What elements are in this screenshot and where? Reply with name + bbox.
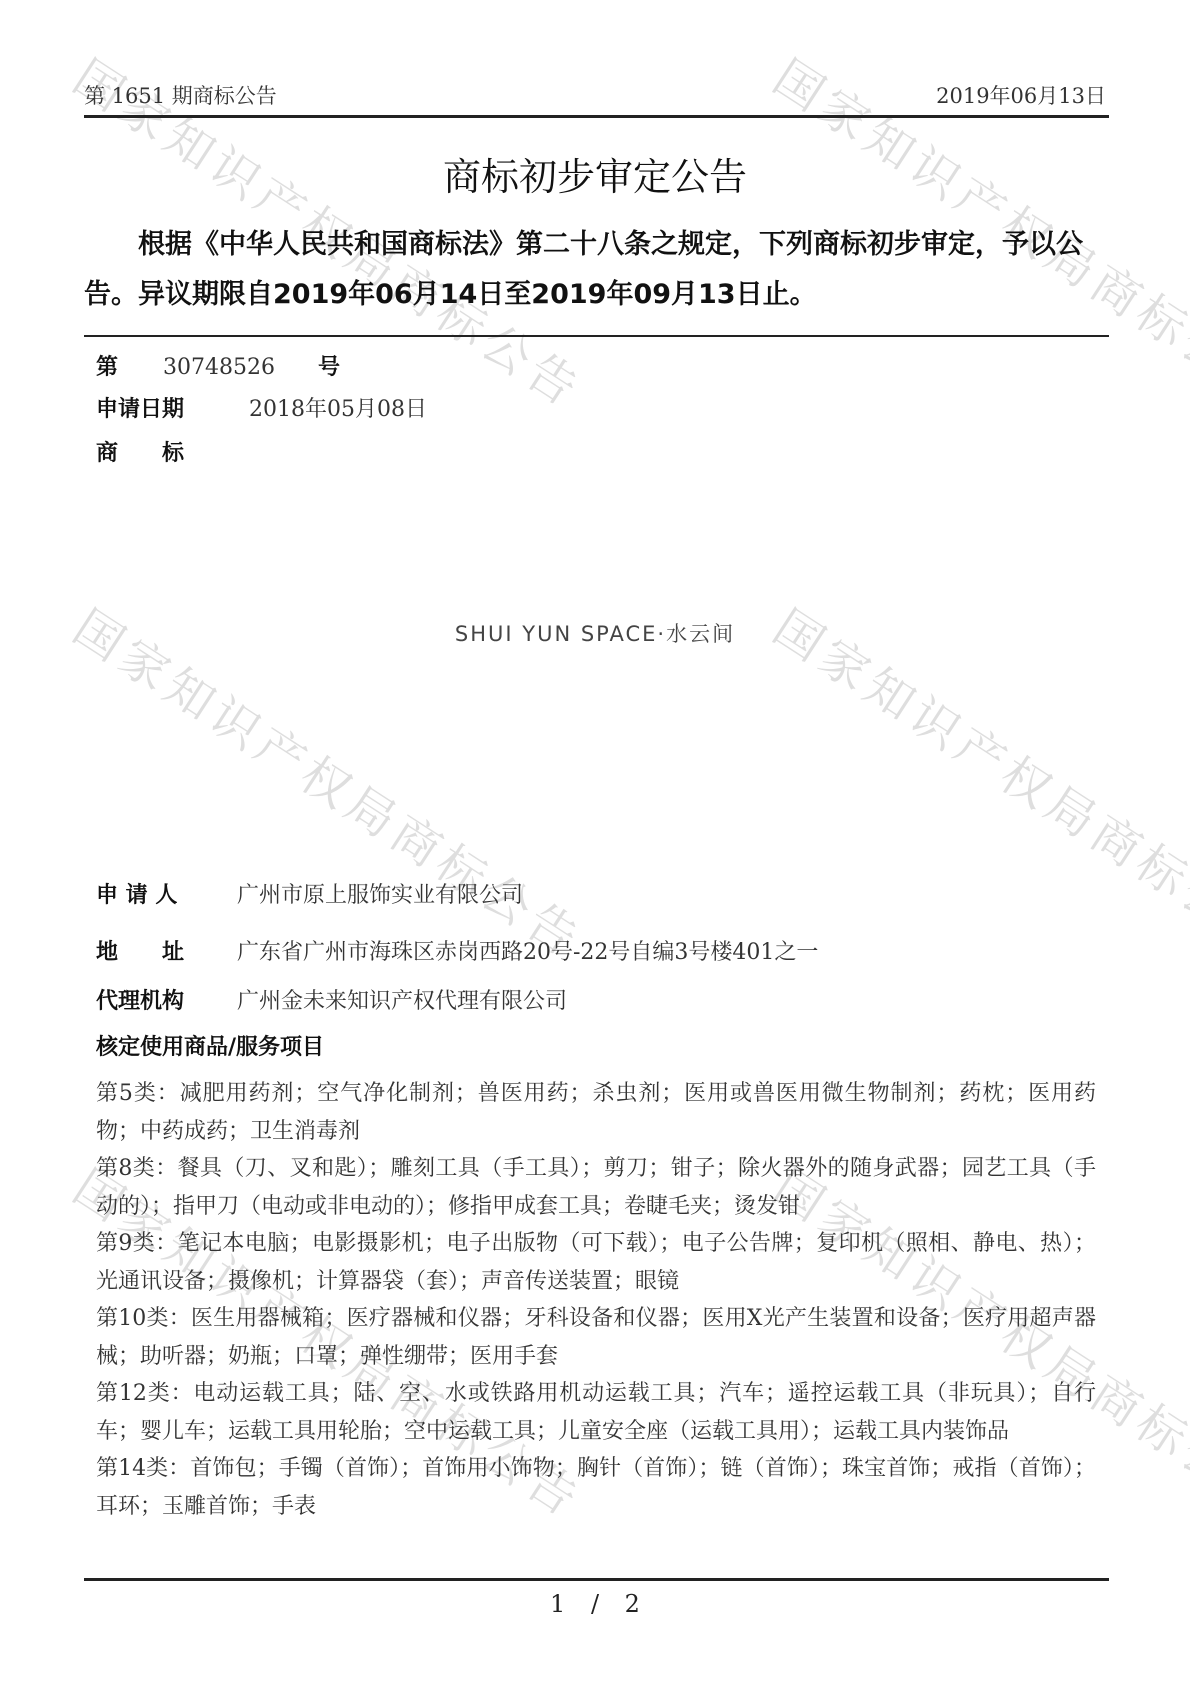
address-label: 地 址 (96, 935, 230, 966)
address-row: 地 址 广东省广州市海珠区赤岗西路20号-22号自编3号楼401之一 (96, 935, 818, 966)
issue-date: 2019年06月13日 (936, 80, 1106, 110)
agent-name: 广州金未来知识产权代理有限公司 (237, 984, 567, 1015)
goods-class-9: 第9类：笔记本电脑；电影摄影机；电子出版物（可下载）；电子公告牌；复印机（照相、… (96, 1225, 1096, 1300)
issue-number: 第 1651 期商标公告 (84, 80, 277, 110)
section-rule (84, 335, 1109, 337)
filing-date-label: 申请日期 (96, 392, 184, 423)
mark-row: 商 标 (96, 436, 184, 467)
trademark-logo: SHUI YUN SPACE·水云间 (0, 618, 1190, 648)
intro-paragraph: 根据《中华人民共和国商标法》第二十八条之规定，下列商标初步审定，予以公告。异议期… (84, 220, 1109, 320)
registration-number-row: 第 30748526 号 (96, 350, 340, 381)
number-label-post: 号 (318, 350, 340, 381)
filing-date-row: 申请日期 2018年05月08日 (96, 392, 427, 423)
footer-rule (84, 1578, 1109, 1581)
trademark-announcement-page: 国家知识产权局商标公告 国家知识产权局商标公告 国家知识产权局商标公告 国家知识… (0, 0, 1190, 1684)
registration-number: 30748526 (163, 355, 275, 380)
header-rule (84, 115, 1109, 118)
number-label-pre: 第 (96, 350, 118, 381)
applicant-row: 申 请 人 广州市原上服饰实业有限公司 (96, 878, 523, 909)
goods-class-14: 第14类：首饰包；手镯（首饰）；首饰用小饰物；胸针（首饰）；链（首饰）；珠宝首饰… (96, 1450, 1096, 1525)
filing-date: 2018年05月08日 (249, 392, 427, 423)
goods-class-12: 第12类：电动运载工具；陆、空、水或铁路用机动运载工具；汽车；遥控运载工具（非玩… (96, 1375, 1096, 1450)
goods-class-8: 第8类：餐具（刀、叉和匙）；雕刻工具（手工具）；剪刀；钳子；除火器外的随身武器；… (96, 1150, 1096, 1225)
applicant-name: 广州市原上服饰实业有限公司 (237, 878, 523, 909)
applicant-label: 申 请 人 (96, 878, 230, 909)
goods-class-10: 第10类：医生用器械箱；医疗器械和仪器；牙科设备和仪器；医用X光产生装置和设备；… (96, 1300, 1096, 1375)
goods-list: 第5类：减肥用药剂；空气净化制剂；兽医用药；杀虫剂；医用或兽医用微生物制剂；药枕… (96, 1075, 1096, 1525)
goods-class-5: 第5类：减肥用药剂；空气净化制剂；兽医用药；杀虫剂；医用或兽医用微生物制剂；药枕… (96, 1075, 1096, 1150)
page-title: 商标初步审定公告 (0, 146, 1190, 201)
mark-label: 商 标 (96, 436, 184, 467)
address-value: 广东省广州市海珠区赤岗西路20号-22号自编3号楼401之一 (237, 935, 818, 966)
page-number: 1 / 2 (0, 1590, 1190, 1618)
goods-heading: 核定使用商品/服务项目 (96, 1030, 324, 1061)
agent-row: 代理机构 广州金未来知识产权代理有限公司 (96, 984, 567, 1015)
agent-label: 代理机构 (96, 984, 230, 1015)
